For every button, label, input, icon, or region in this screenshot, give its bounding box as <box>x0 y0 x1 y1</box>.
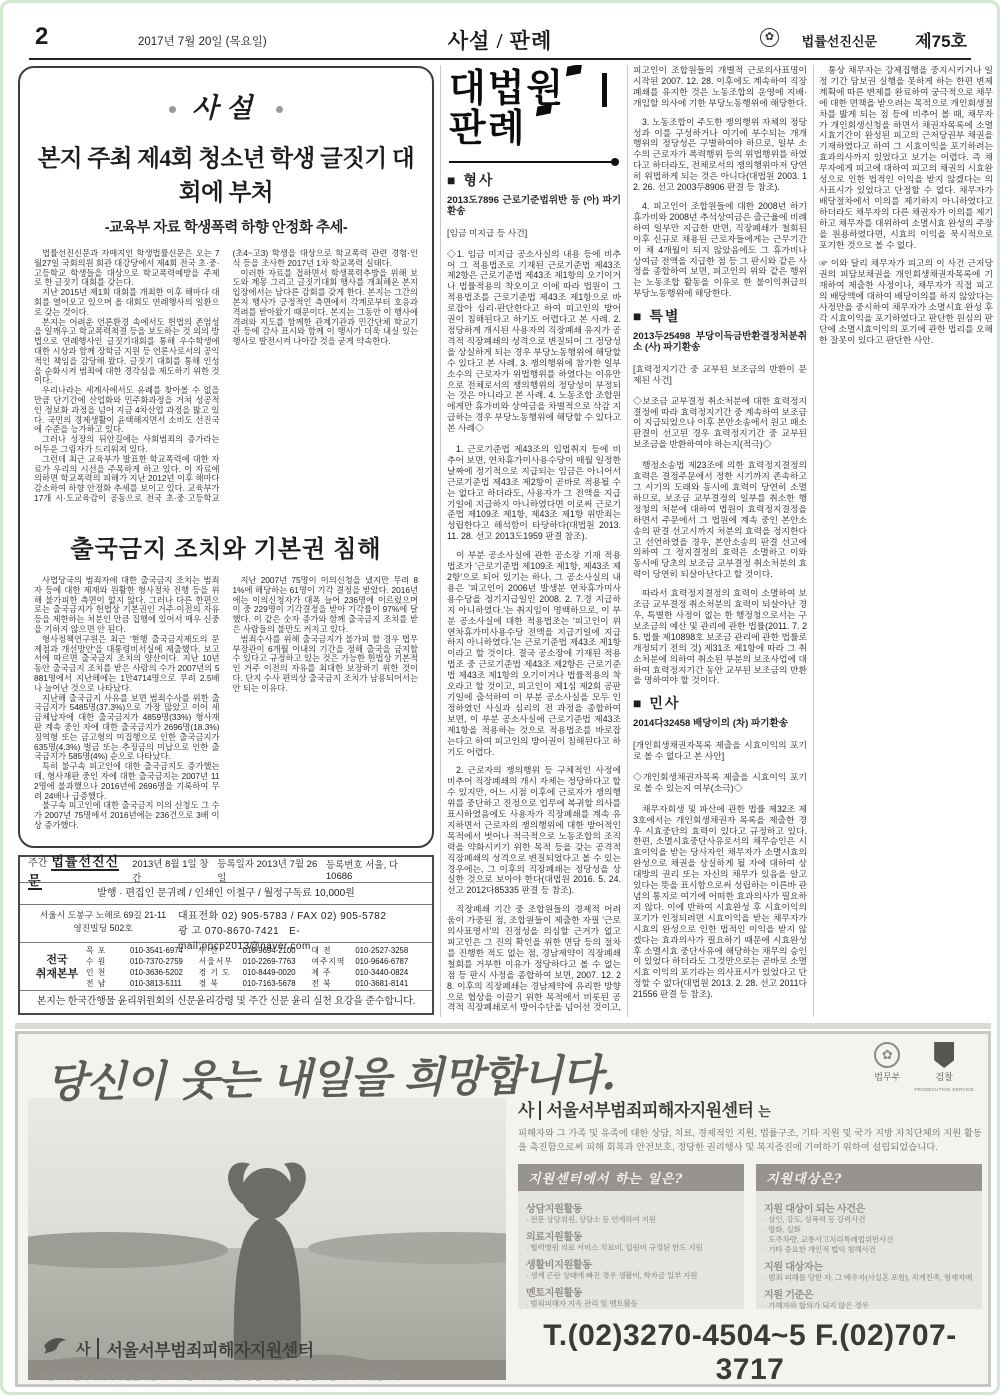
precedent-block: ◇개인회생채권자목록 제출을 시효이익 포기로 볼 수 있는지 여부(소극)◇ <box>633 772 807 794</box>
precedent-block: ■ 형사 <box>447 175 621 186</box>
bureau-entry: 경 기 도010-8449-0020 <box>199 967 312 978</box>
precedent-block: 이 부분 공소사실에 관한 공소장 기재 적용법조가 '근로기준법 제109조 … <box>447 550 621 757</box>
publisher-row-registration: 주간법률선진신문 2013년 8월 1일 창간 등록일자 2013년 7월 26… <box>20 857 432 883</box>
logo-line-1: 대법원 <box>449 69 599 109</box>
registration-date: 등록일자 2013년 7월 26일 <box>217 856 326 884</box>
bureau-entry: 부 산010-9694-2100 <box>199 945 312 956</box>
ad-right-content: 사서울서부범죄피해자지원센터 는 피해자와 그 가족 및 유족에 대한 상담, … <box>518 1096 982 1387</box>
newspaper-page: 2 2017년 7월 20일 (목요일) 사설 / 판례 ✿ 법률선진신문 제7… <box>0 0 1000 1395</box>
editorial-paragraph: 지난 2007년 75명이 이의신청을 냈지만 무려 81%에 해당하는 61명… <box>233 576 419 635</box>
ad-list-line: · 전문 상담위원, 상담소 등 연계하여 지원 <box>526 1215 736 1225</box>
precedent-block: [개인회생채권자목록 제출을 시효이익의 포기로 볼 수 없다고 본 사안] <box>633 740 807 762</box>
ad-list-line: · 도주차량, 교통사고처리특례법위반사건 <box>764 1235 974 1245</box>
editorial-article1-subtitle: -교육부 자료 학생폭력 하향 안정화 추세- <box>34 216 418 237</box>
ad-list-line: · 협력병원 의료 서비스 치료비, 입원비 규정된 한도 지원 <box>526 1243 736 1253</box>
publisher-row-contact: 서울시 도봉구 노해로 69길 21-11영진빌딩 502호 대표전화 02) … <box>20 905 432 943</box>
center-description: 피해자와 그 가족 및 유족에 대한 상담, 치료, 경제적인 지원, 법률구조… <box>518 1127 982 1154</box>
weekly-label: 주간 <box>28 858 47 869</box>
precedent-block: 따라서 효력정지결정의 효력이 소멸하여 보조금 교부결정 취소처분의 효력이 … <box>633 588 807 686</box>
ad-list-line: 지원 대상이 되는 사건은 <box>764 1200 974 1215</box>
editorial-article1-body: 법률선진신문과 자매지인 학생법률신문은 오는 7월27일 국회의원 회관 대강… <box>34 249 418 513</box>
ad-top-shadow <box>15 1023 991 1029</box>
eligibility-box-title: 지원대상은? <box>756 1164 982 1191</box>
editorial-paragraph: 우리나라는 세계사에서도 유례를 찾아볼 수 없을 만큼 단기간에 산업화와 민… <box>34 386 220 435</box>
ad-list-line: · 방화, 실화 <box>764 1225 974 1235</box>
bureau-entry: 인 천010-3636-5202 <box>86 967 199 978</box>
main-phone-fax: 대표전화 02) 905-5783 / FAX 02) 905-5782 <box>178 911 386 922</box>
editorial-paragraph: 특히 불구속 피고인에 대한 출국금지도 증가했는데, 형사재판 중인 자에 대… <box>34 762 220 801</box>
moj-emblem-icon <box>874 1042 900 1068</box>
editorial-article2-title: 출국금지 조치와 기본권 침해 <box>34 529 418 564</box>
decorative-dot <box>169 106 176 113</box>
issue-number: 제75호 <box>915 27 967 52</box>
ad-list-line: · 생계 곤란 상태에 빠진 경우 생활비, 학자금 일부 지원 <box>526 1271 736 1281</box>
activities-box-body: 상담지원활동· 전문 상담위원, 상담소 등 연계하여 지원의료지원활동· 협력… <box>518 1191 744 1309</box>
center-phone-numbers: T.(02)3270-4504~5 F.(02)707-3717 <box>518 1319 982 1387</box>
page-header: 2 2017년 7월 20일 (목요일) 사설 / 판례 ✿ 법률선진신문 제7… <box>3 3 997 61</box>
bureau-entry: 수 원010-7370-2759 <box>86 956 199 967</box>
victim-support-center-ad: 당신이 웃는 내일을 희망합니다. 법무부 검찰PROSECUTION SERV… <box>15 1031 991 1387</box>
ad-list-line: 멘토지원활동 <box>526 1284 736 1299</box>
precedent-block: 2. 근로자의 쟁의행위 등 구체적인 사정에 비추어 직장폐쇄의 개시 자체는… <box>447 765 621 896</box>
precedent-block: ■ 특별 <box>633 311 807 322</box>
editorial-box: 사설 본지 주최 제4회 청소년 학생 글짓기 대회에 부처 -교육부 자료 학… <box>18 66 434 848</box>
bureau-entry: 제 주010-3440-0824 <box>311 967 424 978</box>
ad-list-line: · 가해자와 합의가 되지 않은 경우 <box>764 1301 974 1309</box>
editorial-article1-title: 본지 주최 제4회 청소년 학생 글짓기 대회에 부처 <box>34 139 418 207</box>
editorial-paragraph: 형사정책연구원은 최근 '현행 출국금지제도의 문제점과 개선방안'을 대통령비… <box>34 635 220 694</box>
brush-accent-icon <box>536 104 552 117</box>
bureau-entry: 경 북010-7163-5678 <box>199 978 312 989</box>
precedent-block: 3. 노동조합이 주도한 쟁의행위 자체의 정당성과 이를 구성하거나 여기에 … <box>633 117 807 193</box>
precedent-block: [효력정지기간 중 교부된 보조금의 반환이 문제된 사건] <box>633 364 807 386</box>
registration-number: 등록번호 서울, 다10686 <box>326 857 424 882</box>
editorial-paragraph: 그러나 성장의 뒤안길에는 사회범죄의 증가라는 어두운 그림자가 드리워져 있… <box>34 435 220 455</box>
dove-icon <box>42 1334 68 1362</box>
precedent-block: 2014다32458 배당이의 (차) 파기환송 <box>633 719 807 730</box>
bureau-phone-grid: 목 포010-3541-6974부 산010-9694-2100대 전010-2… <box>86 945 424 989</box>
editorial-paragraph: 본지는 어려운 언론환경 속에서도 헌법의 존엄성을 일깨우고 학교폭력척결 등… <box>34 318 220 387</box>
editorial-paragraph: 이러한 자료를 접하면서 학생폭력추방을 위해 보도와 계몽 그리고 글짓기대회… <box>233 269 419 347</box>
ad-footer-note: 서울서부범죄피해자지원센터는 마포구청, 서대문구청, 용산구청, 은평구청이 … <box>38 1370 403 1383</box>
center-heading: 사서울서부범죄피해자지원센터 는 <box>518 1096 982 1121</box>
precedent-block: ◇1. 임금 미지급 공소사실의 내용 등에 비추어 그 적용법조로 기재된 근… <box>447 249 621 434</box>
ad-list-line: 생활비지원활동 <box>526 1256 736 1271</box>
prosecution-shield-icon <box>934 1042 954 1068</box>
ad-list-line: · 기타 중요한 개인적 법익 침해사건 <box>764 1245 974 1255</box>
precedents-flow: 대법원 판례 ■ 형사2013도7896 근로기준법위반 등 (아) 파기환송[… <box>447 65 993 1017</box>
precedent-block: 2013두25498 부당이득금반환결정처분취소 (사) 파기환송 <box>633 332 807 354</box>
editorial-paragraph: 불구속 피고인에 대한 출국금지 이의 신청도 그 수가 2007년 75명에서… <box>34 801 220 830</box>
ad-phone: 광 고 070-8670-7421 <box>178 926 279 937</box>
editorial-paragraph: 지난 2015년 제1회 대회를 개최한 이후 해마다 대회를 열어오고 있으며… <box>34 288 220 317</box>
photo-caption: 사 서울서부범죄피해자지원센터 <box>42 1334 314 1362</box>
precedent-block: ☞ 이와 달리 채무자가 피고의 이 사건 근저당권의 피담보채권을 개인회생채… <box>819 258 993 345</box>
precedents-area: 대법원 판례 ■ 형사2013도7896 근로기준법위반 등 (아) 파기환송[… <box>440 65 993 1017</box>
ad-list-line: 지원 대상자는 <box>764 1258 974 1273</box>
editorial-paragraph: 사법당국의 범죄자에 대한 출국금지 조치는 범죄자 등에 대한 제재와 원활한… <box>34 576 220 635</box>
editorial-label: 사설 <box>34 86 418 125</box>
precedent-block: ■ 민사 <box>633 698 807 709</box>
ministry-of-justice-logo: 법무부 <box>874 1042 900 1083</box>
eligibility-box: 지원대상은? 지원 대상이 되는 사건은· 살인, 강도, 성폭력 등 강력사건… <box>756 1164 982 1309</box>
ad-list-line: · 범죄피해자 지속 관리 및 멘토활동 <box>526 1299 736 1309</box>
publisher-address: 서울시 도봉구 노해로 69길 21-11영진빌딩 502호 <box>28 909 178 938</box>
prosecution-service-logo: 검찰PROSECUTION SERVICE <box>914 1042 974 1093</box>
editorial-paragraph: 법률선진신문과 자매지인 학생법률신문은 오는 7월27일 국회의원 회관 대강… <box>34 249 220 288</box>
publisher-row-bureaus: 전국취재본부 목 포010-3541-6974부 산010-9694-2100대… <box>20 943 432 991</box>
precedent-block: ◇보조금 교부결정 취소처분에 대한 효력정지결정에 따라 효력정지기간 중 계… <box>633 396 807 451</box>
publisher-phones: 대표전화 02) 905-5783 / FAX 02) 905-5782 광 고… <box>178 909 424 938</box>
brush-bar-icon <box>602 73 607 107</box>
precedent-block: 통상 채무자는 강제집행을 중지시키거나 일정 기간 담보권 실행을 못하게 하… <box>819 65 993 250</box>
ad-list-line: 의료지원활동 <box>526 1228 736 1243</box>
precedent-block: 2013도7896 근로기준법위반 등 (아) 파기환송 <box>447 196 621 218</box>
bureau-entry: 전 북010-3681-8141 <box>311 978 424 989</box>
publisher-info-box: 주간법률선진신문 2013년 8월 1일 창간 등록일자 2013년 7월 26… <box>18 855 434 1015</box>
precedent-block: 행정소송법 제23조에 의한 효력정지결정의 효력은 결정주문에서 정한 시기까… <box>633 460 807 580</box>
bureau-entry: 서울서부010-2269-7763 <box>199 956 312 967</box>
bureau-entry: 여주지역010-9646-6787 <box>311 956 424 967</box>
ad-list-line: 지원 기준은 <box>764 1286 974 1301</box>
logo-underline-rule <box>449 161 617 163</box>
bureau-entry: 목 포010-3541-6974 <box>86 945 199 956</box>
editorial-paragraph: 범죄수사를 위해 출국금지가 불가피 할 경우 법무부장관이 6개월 이내의 기… <box>233 635 419 694</box>
precedent-block: [임금 미지급 등 사건] <box>447 228 621 239</box>
precedent-block: 채무자회생 및 파산에 관한 법률 제32조 제3호에서는 개인회생채권자 목록… <box>633 804 807 1000</box>
ad-list-line: 상담지원활동 <box>526 1200 736 1215</box>
brush-accent-icon <box>566 65 582 76</box>
bureau-label: 전국취재본부 <box>28 953 86 981</box>
editorial-paragraph: 지난해 출국금지 사유를 보면 범죄수사를 위한 출국금지가 5485명(37.… <box>34 694 220 763</box>
bureau-entry: 대 전010-2527-3258 <box>311 945 424 956</box>
ad-info-boxes: 지원센터에서 하는 일은? 상담지원활동· 전문 상담위원, 상담소 등 연계하… <box>518 1164 982 1309</box>
activities-box: 지원센터에서 하는 일은? 상담지원활동· 전문 상담위원, 상담소 등 연계하… <box>518 1164 744 1309</box>
founded-date: 2013년 8월 1일 창간 <box>132 856 217 884</box>
ad-list-line: · 살인, 강도, 성폭력 등 강력사건 <box>764 1215 974 1225</box>
header-rule <box>29 58 971 60</box>
bureau-entry: 전 남010-3813-5111 <box>86 978 199 989</box>
supreme-court-precedents-logo: 대법원 판례 <box>449 69 599 163</box>
eligibility-box-body: 지원 대상이 되는 사건은· 살인, 강도, 성폭력 등 강력사건· 방화, 실… <box>756 1191 982 1309</box>
ad-list-line: · 범죄 피해를 당한 자, 그 배우자(사실혼 포함), 직계친족, 형제자매 <box>764 1273 974 1283</box>
precedent-block: 1. 근로기준법 제43조의 입법취지 등에 비추어 보면, 연차휴가미사용수당… <box>447 444 621 542</box>
activities-box-title: 지원센터에서 하는 일은? <box>518 1164 744 1191</box>
ad-logos: 법무부 검찰PROSECUTION SERVICE <box>874 1042 974 1093</box>
logo-line-2: 판례 <box>449 109 599 149</box>
newspaper-name: 법률선진신문 <box>802 31 877 50</box>
precedent-block: 4. 피고인이 조합원들에 대한 2008년 하기휴가비와 2008년 추석상여… <box>633 201 807 299</box>
decorative-dot <box>276 106 283 113</box>
editorial-article2-body: 사법당국의 범죄자에 대한 출국금지 조치는 범죄자 등에 대한 제재와 원활한… <box>34 576 418 844</box>
newspaper-emblem-icon: ✿ <box>760 28 779 47</box>
publisher-ethics-line: 본지는 한국간행물 윤리위원회의 신문윤리강령 및 주간 신문 윤리 실천 요강… <box>20 991 432 1013</box>
